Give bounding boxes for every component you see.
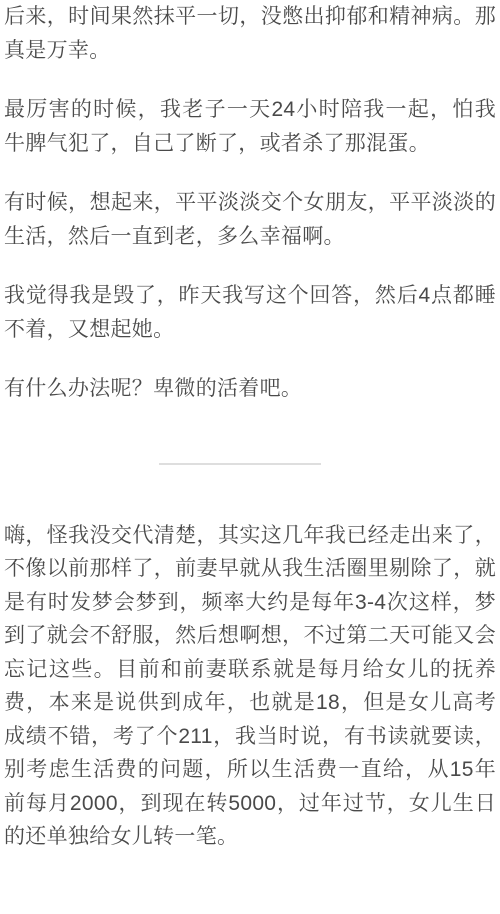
paragraph-6: 嗨，怪我没交代清楚，其实这几年我已经走出来了，不像以前那样了，前妻早就从我生活圈… xyxy=(4,519,496,854)
paragraph-1: 后来，时间果然抹平一切，没憋出抑郁和精神病。那真是万幸。 xyxy=(4,0,496,67)
section-divider xyxy=(159,463,321,465)
paragraph-5: 有什么办法呢？卑微的活着吧。 xyxy=(4,372,496,406)
paragraph-3: 有时候，想起来，平平淡淡交个女朋友，平平淡淡的生活，然后一直到老，多么幸福啊。 xyxy=(4,186,496,253)
answer-body: 后来，时间果然抹平一切，没憋出抑郁和精神病。那真是万幸。 最厉害的时候，我老子一… xyxy=(0,0,500,854)
paragraph-2: 最厉害的时候，我老子一天24小时陪我一起，怕我牛脾气犯了，自己了断了，或者杀了那… xyxy=(4,93,496,160)
paragraph-4: 我觉得我是毁了，昨天我写这个回答，然后4点都睡不着，又想起她。 xyxy=(4,279,496,346)
